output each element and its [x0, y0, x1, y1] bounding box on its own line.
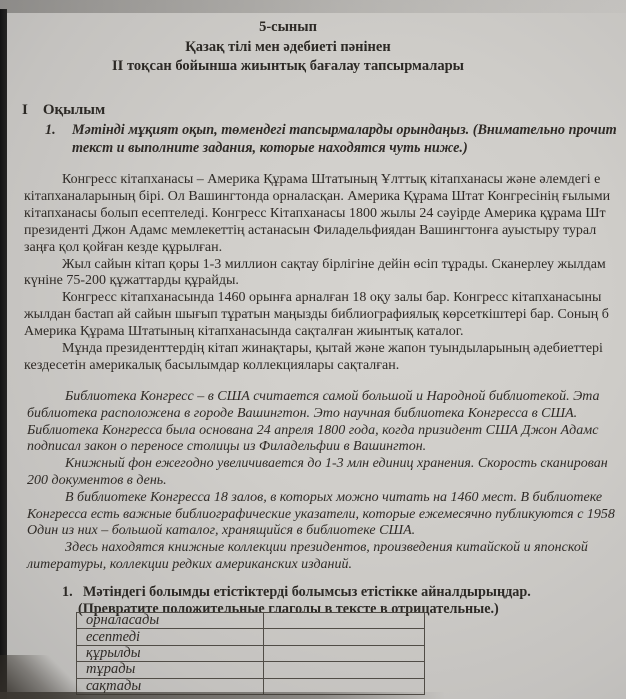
answer-cell	[264, 662, 425, 678]
table-row: құрылды	[77, 645, 425, 661]
reading-task-number: 1.	[45, 121, 56, 139]
russian-text-line: библиотека расположена в городе Вашингто…	[27, 406, 615, 423]
verbs-table: орналасады есептеді құрылды тұрады сақта…	[76, 612, 425, 695]
russian-text-line: Здесь находятся книжные коллекции презид…	[27, 540, 615, 557]
section-heading: ІОқылым	[22, 102, 105, 119]
header-grade: 5-сынып	[0, 18, 576, 38]
russian-text-line: В библиотеке Конгресса 18 залов, в котор…	[27, 490, 615, 507]
document-header: 5-сынып Қазақ тілі мен әдебиеті пәнінен …	[0, 18, 576, 77]
section-label: Оқылым	[43, 102, 105, 118]
answer-cell	[264, 629, 425, 645]
russian-text-line: литературы, коллекции редких американски…	[27, 557, 615, 574]
header-subject: Қазақ тілі мен әдебиеті пәнінен	[0, 38, 576, 58]
section-numeral: І	[22, 102, 28, 118]
table-row: орналасады	[77, 613, 425, 629]
table-row: есептеді	[77, 629, 425, 645]
russian-text-line: Конгресса есть важные библиографические …	[27, 507, 615, 524]
reading-task-line: текст и выполните задания, которые наход…	[45, 139, 617, 157]
russian-text-line: Библиотека Конгресс – в США считается са…	[27, 389, 615, 406]
russian-text-line: Книжный фон ежегодно увеличивается до 1-…	[27, 456, 615, 473]
verb-cell: орналасады	[77, 613, 264, 629]
answer-cell	[264, 645, 425, 661]
reading-task-line: Мәтінді мұқият оқып, төмендегі тапсырмал…	[45, 121, 617, 139]
photo-shadow-bottom	[0, 692, 445, 699]
kazakh-text-line: Мұнда президенттердің кітап жинақтары, қ…	[24, 341, 610, 358]
header-title: ІІ тоқсан бойынша жиынтық бағалау тапсыр…	[0, 57, 576, 77]
kazakh-text-line: кітапханаларының бірі. Ол Вашингтонда ор…	[24, 189, 610, 206]
russian-text-line: Один из них – большой каталог, хранящийс…	[27, 523, 615, 540]
kazakh-text-line: президенті Джон Адамс мемлекеттің астана…	[24, 223, 610, 240]
document-photo: 5-сынып Қазақ тілі мен әдебиеті пәнінен …	[0, 0, 626, 699]
kazakh-text-line: Конгресс кітапханасында 1460 орынға арна…	[24, 290, 610, 307]
kazakh-text-line: күніне 75-200 құжаттарды құрайды.	[24, 273, 610, 290]
kazakh-text-line: Жыл сайын кітап қоры 1-3 миллион сақтау …	[24, 257, 610, 274]
verbs-task-line: Мәтіндегі болымды етістіктерді болымсыз …	[62, 584, 531, 601]
russian-text-line: Библиотека Конгресса была основана 24 ап…	[27, 423, 615, 440]
photo-edge-left	[0, 9, 7, 699]
kazakh-text-line: жылдан бастап ай сайын шығып тұратын маң…	[24, 307, 610, 324]
reading-task: 1. Мәтінді мұқият оқып, төмендегі тапсыр…	[45, 121, 617, 157]
kazakh-text-line: Америка Құрама Штатының кітапханасында с…	[24, 324, 610, 341]
verb-cell: құрылды	[77, 645, 264, 661]
russian-text-line: подписал закон о переносе столицы из Фил…	[27, 439, 615, 456]
russian-text-line: 200 документов в день.	[27, 473, 615, 490]
kazakh-text-line: кітапханасы болып есептеледі. Конгресс К…	[24, 206, 610, 223]
photo-shadow-top	[0, 0, 626, 13]
kazakh-text-block: Конгресс кітапханасы – Америка Құрама Шт…	[24, 172, 610, 375]
table-row: тұрады	[77, 662, 425, 678]
kazakh-text-line: Конгресс кітапханасы – Америка Құрама Шт…	[24, 172, 610, 189]
verb-cell: тұрады	[77, 662, 264, 678]
answer-cell	[264, 613, 425, 629]
kazakh-text-line: кездесетін америкалық басылымдар коллекц…	[24, 358, 610, 375]
kazakh-text-line: заңға қол қойған кезде құрылған.	[24, 240, 610, 257]
verb-cell: есептеді	[77, 629, 264, 645]
russian-text-block: Библиотека Конгресс – в США считается са…	[27, 389, 615, 574]
verbs-task-number: 1.	[62, 584, 73, 601]
